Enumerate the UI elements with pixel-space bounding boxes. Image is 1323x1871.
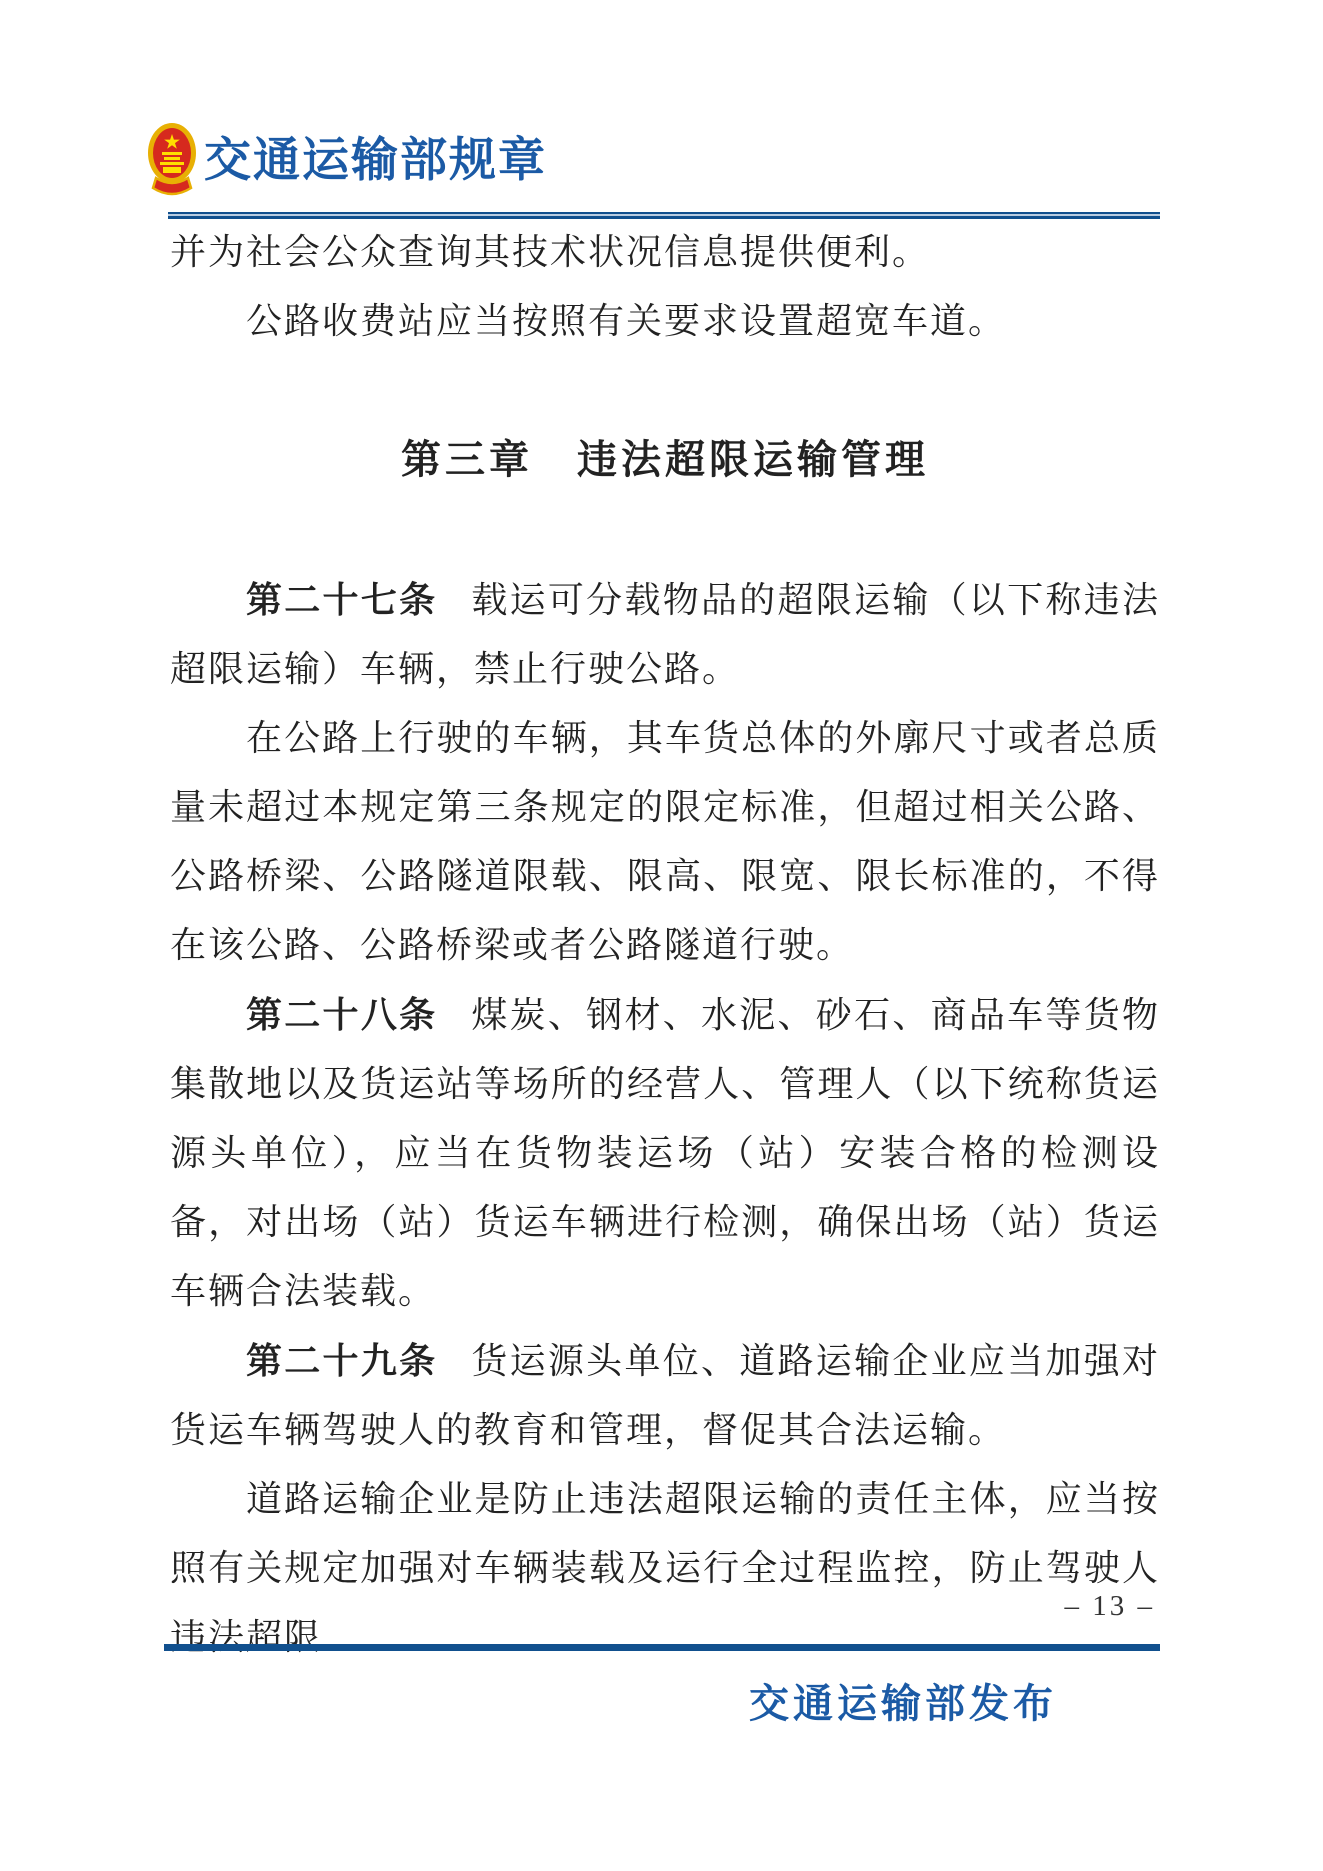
article-text: 煤炭、钢材、水泥、砂石、商品车等货物集散地以及货运站等场所的经营人、管理人（以下… (170, 995, 1160, 1311)
page-number: – 13 – (1065, 1590, 1156, 1623)
article-number: 第二十九条 (246, 1340, 437, 1381)
chapter-heading: 第三章 违法超限运输管理 (170, 426, 1160, 495)
article-paragraph: 第二十九条货运源头单位、道路运输企业应当加强对货运车辆驾驶人的教育和管理，督促其… (170, 1326, 1160, 1465)
document-type-title: 交通运输部规章 (204, 138, 547, 185)
footer-publisher: 交通运输部发布 (749, 1672, 1057, 1729)
china-national-emblem-icon (147, 122, 197, 200)
body-paragraph: 公路收费站应当按照有关要求设置超宽车道。 (170, 287, 1160, 356)
footer-divider (164, 1644, 1160, 1651)
article-paragraph: 第二十八条煤炭、钢材、水泥、砂石、商品车等货物集散地以及货运站等场所的经营人、管… (170, 980, 1160, 1326)
document-page: 交通运输部规章 并为社会公众查询其技术状况信息提供便利。 公路收费站应当按照有关… (0, 0, 1323, 1871)
body-paragraph: 并为社会公众查询其技术状况信息提供便利。 (170, 218, 1160, 287)
document-header: 交通运输部规章 (147, 122, 547, 200)
article-paragraph: 第二十七条载运可分载物品的超限运输（以下称违法超限运输）车辆，禁止行驶公路。 (170, 565, 1160, 704)
body-paragraph: 道路运输企业是防止违法超限运输的责任主体，应当按照有关规定加强对车辆装载及运行全… (170, 1465, 1160, 1672)
article-number: 第二十七条 (246, 579, 437, 620)
article-number: 第二十八条 (246, 994, 437, 1035)
body-paragraph: 在公路上行驶的车辆，其车货总体的外廓尺寸或者总质量未超过本规定第三条规定的限定标… (170, 704, 1160, 980)
document-body: 并为社会公众查询其技术状况信息提供便利。 公路收费站应当按照有关要求设置超宽车道… (170, 218, 1160, 1672)
